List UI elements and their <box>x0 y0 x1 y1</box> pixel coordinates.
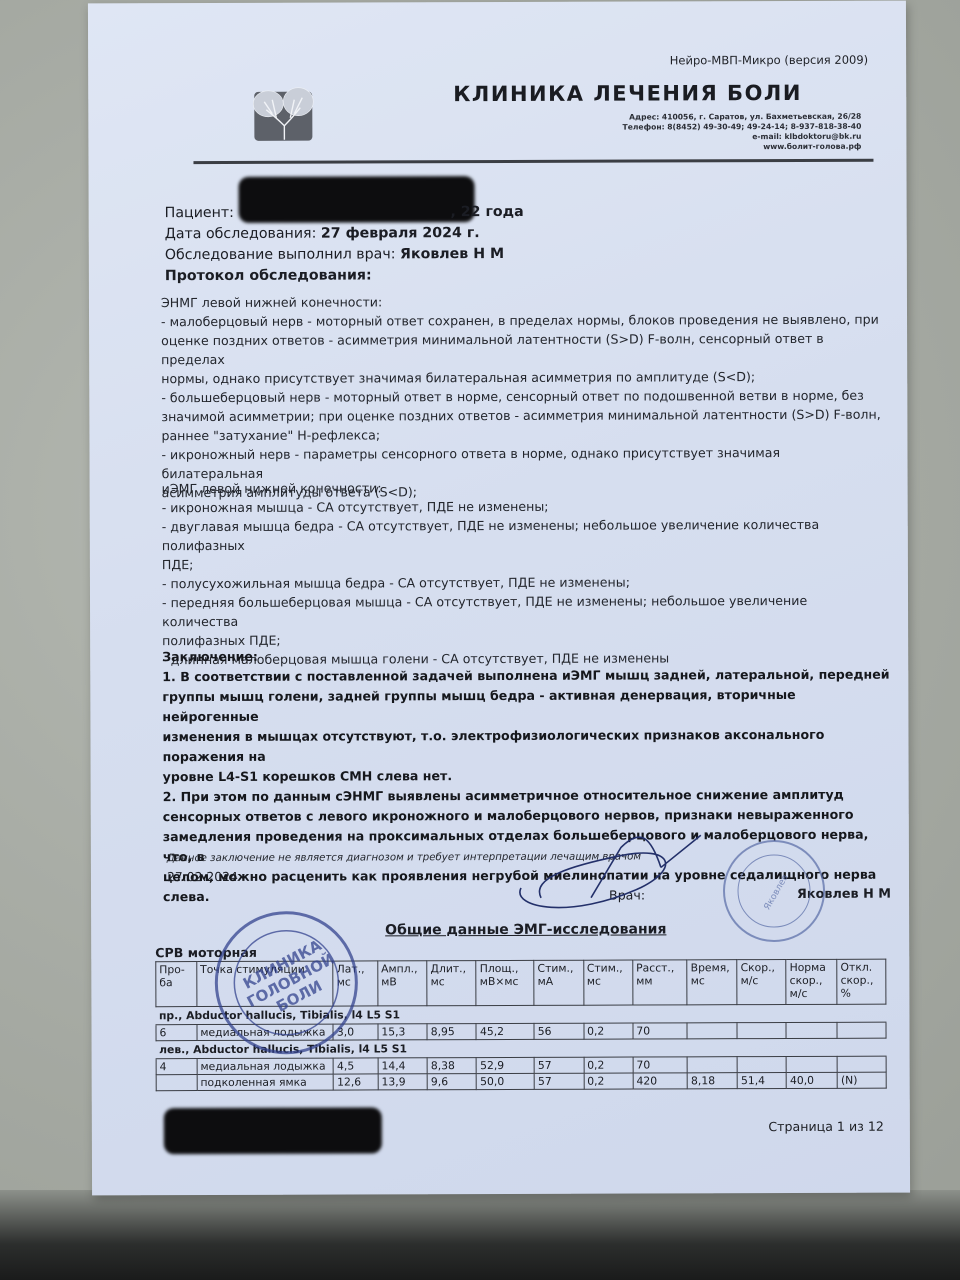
patient-line: Пациент: , 22 года <box>165 202 524 224</box>
table-cell: 0,2 <box>584 1073 633 1089</box>
column-header: Про-ба <box>156 962 197 1007</box>
patient-info: Пациент: , 22 года Дата обследования: 27… <box>165 202 524 266</box>
exam-date-label: Дата обследования: <box>165 226 317 243</box>
column-header: Расст., мм <box>633 960 688 1005</box>
table-cell: 8,95 <box>427 1024 476 1040</box>
table-cell <box>786 1056 837 1072</box>
table-cell: медиальная лодыжка <box>197 1058 334 1074</box>
table-cell: 3,0 <box>333 1024 378 1040</box>
column-header: Лат., мс <box>333 961 378 1006</box>
bottom-shadow <box>0 1190 960 1280</box>
table-cell: 45,2 <box>476 1023 534 1039</box>
table-cell <box>156 1075 197 1091</box>
clinic-name: КЛИНИКА ЛЕЧЕНИЯ БОЛИ <box>453 81 802 106</box>
conclusion-line: сенсорных ответов с левого икроножного и… <box>163 805 893 828</box>
exam-date-line: Дата обследования: 27 февраля 2024 г. <box>165 223 524 245</box>
table-cell <box>837 1056 886 1072</box>
table-cell: подколенная ямка <box>197 1074 334 1090</box>
enmg-line: нормы, однако присутствует значимая била… <box>161 367 881 389</box>
clinic-contacts: Адрес: 410056, г. Саратов, ул. Бахметьев… <box>622 112 861 153</box>
conclusion-line: уровне L4-S1 корешков СМН слева нет. <box>163 765 893 788</box>
table-cell: 0,2 <box>584 1023 633 1039</box>
redaction-bottom <box>164 1107 382 1154</box>
iemg-line: - передняя большеберцовая мышца - СА отс… <box>162 591 882 632</box>
doctor-line-label: Обследование выполнил врач: <box>165 246 396 263</box>
iemg-section: иЭМГ левой нижней конечности: - икроножн… <box>162 477 883 670</box>
patient-age: , 22 года <box>450 204 523 220</box>
table-cell: 0,2 <box>584 1057 633 1073</box>
iemg-line: - двуглавая мышца бедра - СА отсутствует… <box>162 515 882 556</box>
table-cell <box>737 1022 786 1038</box>
table-cell: 57 <box>534 1073 583 1089</box>
table-row: подколенная ямка12,613,99,650,0570,24208… <box>156 1072 886 1091</box>
enmg-line: раннее "затухание" Н-рефлекса; <box>161 424 881 446</box>
table-cell: (N) <box>837 1072 886 1088</box>
table-cell: 14,4 <box>378 1058 427 1074</box>
page-indicator: Страница 1 из 12 <box>768 1119 884 1134</box>
sign-date: 27.02.2024 <box>167 869 238 884</box>
table-cell: 4,5 <box>333 1058 378 1074</box>
table-cell: 57 <box>534 1057 583 1073</box>
doctor-line: Обследование выполнил врач: Яковлев Н М <box>165 244 524 266</box>
table-header-row: Про-баТочка стимуляцииЛат., мсАмпл., мВД… <box>156 959 886 1007</box>
table-cell: 420 <box>633 1073 688 1089</box>
conclusion-title: Заключение: <box>162 645 892 668</box>
table-cell <box>837 1022 886 1038</box>
column-header: Длит., мс <box>427 961 476 1006</box>
conclusion-line: изменения в мышцах отсутствуют, т.о. эле… <box>162 725 892 768</box>
table-cell <box>687 1057 737 1073</box>
handwritten-signature-icon <box>511 827 711 918</box>
table-cell: 15,3 <box>378 1024 427 1040</box>
table-cell: 12,6 <box>334 1074 379 1090</box>
clinic-website: www.болит-голова.рф <box>623 142 862 153</box>
table-cell: 52,9 <box>477 1057 535 1073</box>
protocol-title: Протокол обследования: <box>165 267 372 284</box>
summary-title: Общие данные ЭМГ-исследования <box>385 921 666 938</box>
conclusion-line: 2. При этом по данным сЭНМГ выявлены аси… <box>163 785 893 808</box>
iemg-line: ПДЕ; <box>162 553 882 575</box>
table-cell: 70 <box>633 1023 688 1039</box>
enmg-line: - большеберцовый нерв - моторный ответ в… <box>161 386 881 408</box>
signature-name: Яковлев Н М <box>797 887 891 902</box>
table-cell: 13,9 <box>378 1074 427 1090</box>
enmg-section: ЭНМГ левой нижней конечности: - малоберц… <box>161 291 882 503</box>
table-cell: 8,38 <box>427 1058 476 1074</box>
table-cell: 56 <box>534 1023 583 1039</box>
emg-data-table: Про-баТочка стимуляцииЛат., мсАмпл., мВД… <box>155 959 886 1092</box>
table-cell: 50,0 <box>477 1073 535 1089</box>
clinic-logo-tree-icon <box>254 92 312 141</box>
column-header: Ампл., мВ <box>378 961 428 1006</box>
enmg-line: - малоберцовый нерв - моторный ответ сох… <box>161 310 881 332</box>
enmg-line: оценке поздних ответов - асимметрия мини… <box>161 329 881 370</box>
enmg-line: значимой асимметрии; при оценке поздних … <box>161 405 881 427</box>
exam-date-value: 27 февраля 2024 г. <box>321 225 480 242</box>
iemg-line: - икроножная мышца - СА отсутствует, ПДЕ… <box>162 496 882 518</box>
iemg-line: - полусухожильная мышца бедра - СА отсут… <box>162 572 882 594</box>
table-cell <box>737 1056 786 1072</box>
column-header: Откл. скор., % <box>837 959 886 1004</box>
column-header: Площ., мВ×мс <box>476 960 534 1005</box>
table-cell: 40,0 <box>786 1072 837 1088</box>
table-cell: 51,4 <box>737 1072 786 1088</box>
table-cell: 6 <box>156 1025 197 1041</box>
enmg-title: ЭНМГ левой нижней конечности: <box>161 291 881 313</box>
doctor-line-value: Яковлев Н М <box>400 246 504 262</box>
conclusion-line: 1. В соответствии с поставленной задачей… <box>162 665 892 688</box>
conclusion-line: группы мышц голени, задней группы мышц б… <box>162 685 892 728</box>
column-header: Норма скор., м/с <box>786 959 837 1004</box>
software-label: Нейро-МВП-Микро (версия 2009) <box>670 53 868 68</box>
table-cell: 70 <box>633 1057 688 1073</box>
iemg-title: иЭМГ левой нижней конечности: <box>162 477 882 499</box>
table-cell <box>687 1023 737 1039</box>
patient-label: Пациент: <box>165 205 234 221</box>
column-header: Стим., мс <box>583 960 632 1005</box>
srv-motor-title: СРВ моторная <box>155 945 257 960</box>
column-header: Стим., мА <box>534 960 583 1005</box>
document-page: Нейро-МВП-Микро (версия 2009) КЛИНИКА ЛЕ… <box>88 1 910 1196</box>
table-cell: 9,6 <box>427 1074 476 1090</box>
column-header: Скор., м/с <box>737 960 786 1005</box>
column-header: Точка стимуляции <box>197 961 334 1006</box>
table-cell: 8,18 <box>688 1073 738 1089</box>
table-cell: медиальная лодыжка <box>197 1024 334 1040</box>
header-divider <box>193 159 873 164</box>
table-cell: 4 <box>156 1059 197 1075</box>
column-header: Время, мс <box>687 960 737 1005</box>
table-cell <box>786 1022 837 1038</box>
